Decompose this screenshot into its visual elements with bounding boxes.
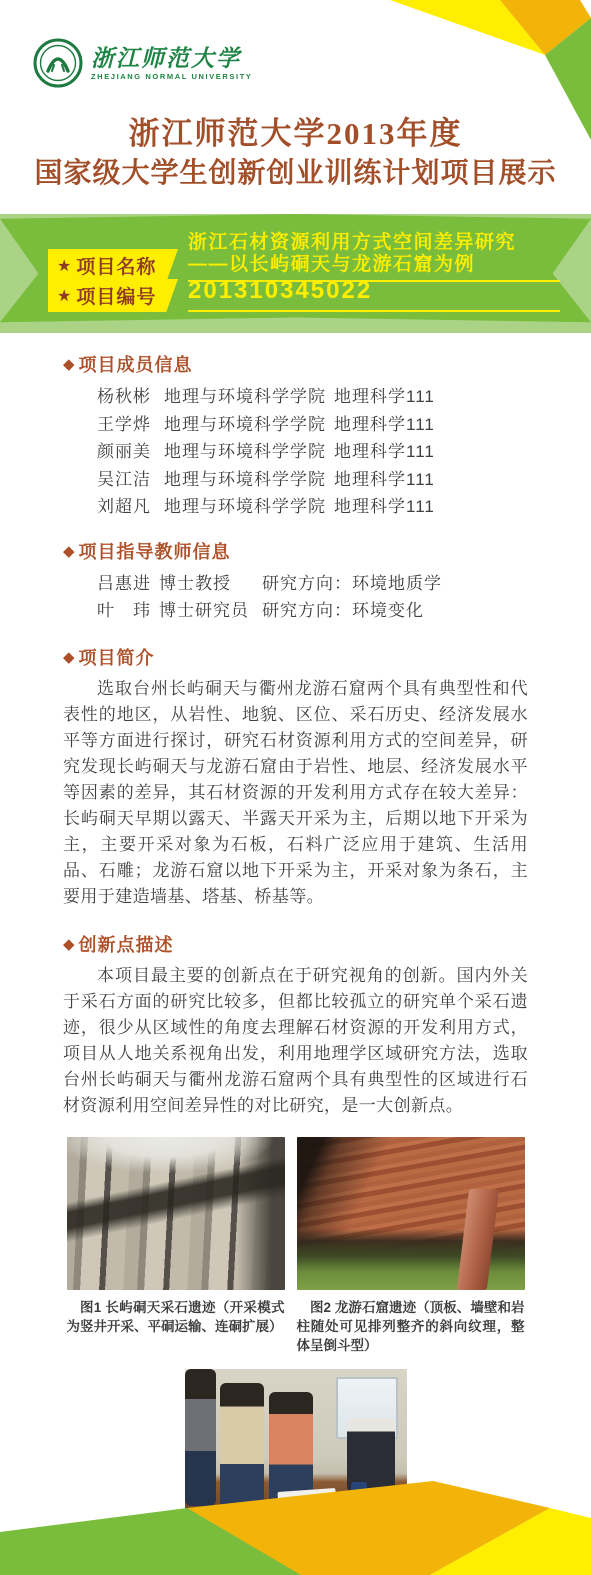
members-heading: ◆ 项目成员信息	[63, 354, 528, 376]
figure1-quarry-photo	[67, 1137, 285, 1290]
figure-2: 图2 龙游石窟遗迹（顶板、墙壁和岩柱随处可见排列整齐的斜向纹理，整体呈倒斗型）	[297, 1137, 525, 1355]
advisor-direction: 研究方向：环境地质学	[262, 570, 442, 598]
logo-name-zh: 浙江师范大学	[91, 46, 252, 70]
figures-row: 图1 长屿硐天采石遗迹（开采模式为竖井开采、平硐运输、连硐扩展） 图2 龙游石窟…	[63, 1137, 528, 1355]
figure3-caption: 图3 课题组成员向中科院杨志法老师请教龙游石窟相关问题	[96, 1522, 496, 1541]
figure2-grotto-photo	[297, 1137, 525, 1290]
project-code-label: ★ 项目编号	[48, 279, 178, 312]
member-row: 杨秋彬 地理与环境科学学院 地理科学111	[97, 383, 528, 411]
project-name-line-2: ——以长屿硐天与龙游石窟为例	[188, 254, 560, 276]
member-college: 地理与环境科学学院	[164, 411, 334, 439]
diamond-icon: ◆	[63, 541, 76, 563]
figure3-person	[313, 1389, 342, 1462]
intro-heading-text: 项目简介	[79, 647, 155, 669]
advisors-heading: ◆ 项目指导教师信息	[63, 541, 528, 563]
project-code-label-text: 项目编号	[76, 282, 156, 309]
diamond-icon: ◆	[63, 354, 76, 376]
advisor-title: 博士研究员	[159, 597, 262, 625]
member-class: 地理科学111	[334, 493, 435, 521]
advisor-name: 吕惠进	[97, 570, 159, 598]
figure-3: 图3 课题组成员向中科院杨志法老师请教龙游石窟相关问题	[63, 1369, 528, 1541]
diamond-icon: ◆	[63, 647, 76, 669]
intro-paragraph: 选取台州长屿硐天与衢州龙游石窟两个具有典型性和代表性的地区，从岩性、地貌、区位、…	[63, 676, 528, 910]
innovation-paragraph: 本项目最主要的创新点在于研究视角的创新。国内外关于采石方面的研究比较多，但都比较…	[63, 963, 528, 1119]
main-content: ◆ 项目成员信息 杨秋彬 地理与环境科学学院 地理科学111 王学烨 地理与环境…	[0, 340, 591, 1541]
member-class: 地理科学111	[334, 411, 435, 439]
members-heading-text: 项目成员信息	[79, 354, 193, 376]
advisor-row: 吕惠进 博士教授 研究方向：环境地质学	[97, 570, 528, 598]
members-list: 杨秋彬 地理与环境科学学院 地理科学111 王学烨 地理与环境科学学院 地理科学…	[97, 383, 528, 521]
project-banner: ★ 项目名称 浙江石材资源利用方式空间差异研究 ——以长屿硐天与龙游石窟为例 ★…	[0, 214, 591, 333]
member-row: 吴江洁 地理与环境科学学院 地理科学111	[97, 466, 528, 494]
member-name: 吴江洁	[97, 466, 164, 494]
member-row: 刘超凡 地理与环境科学学院 地理科学111	[97, 493, 528, 521]
advisor-row: 叶 玮 博士研究员 研究方向：环境变化	[97, 597, 528, 625]
intro-heading: ◆ 项目简介	[63, 647, 528, 669]
deco-yellow-triangle	[390, 0, 545, 55]
university-logo: 浙江师范大学 ZHEJIANG NORMAL UNIVERSITY	[33, 38, 252, 88]
advisor-title: 博士教授	[159, 570, 262, 598]
innovation-heading-text: 创新点描述	[79, 934, 174, 956]
member-row: 颜丽美 地理与环境科学学院 地理科学111	[97, 438, 528, 466]
figure3-meeting-photo	[185, 1369, 407, 1514]
member-college: 地理与环境科学学院	[164, 383, 334, 411]
university-emblem-icon	[33, 38, 83, 88]
figure3-thermos	[351, 1482, 367, 1511]
diamond-icon: ◆	[63, 934, 76, 956]
member-name: 王学烨	[97, 411, 164, 439]
figure3-person	[185, 1369, 216, 1507]
project-name-row: ★ 项目名称 浙江石材资源利用方式空间差异研究 ——以长屿硐天与龙游石窟为例	[48, 232, 560, 282]
title-line-1: 浙江师范大学2013年度	[0, 114, 591, 154]
figure3-person	[220, 1383, 264, 1514]
member-row: 王学烨 地理与环境科学学院 地理科学111	[97, 411, 528, 439]
figure3-papers	[277, 1488, 336, 1509]
project-name-value: 浙江石材资源利用方式空间差异研究 ——以长屿硐天与龙游石窟为例	[188, 232, 560, 282]
title-line-2: 国家级大学生创新创业训练计划项目展示	[0, 154, 591, 194]
poster-title: 浙江师范大学2013年度 国家级大学生创新创业训练计划项目展示	[0, 114, 591, 194]
member-class: 地理科学111	[334, 438, 435, 466]
project-name-line-1: 浙江石材资源利用方式空间差异研究	[188, 232, 560, 254]
member-name: 刘超凡	[97, 493, 164, 521]
project-code-row: ★ 项目编号 201310345022	[48, 278, 560, 312]
innovation-heading: ◆ 创新点描述	[63, 934, 528, 956]
figure2-caption: 图2 龙游石窟遗迹（顶板、墙壁和岩柱随处可见排列整齐的斜向纹理，整体呈倒斗型）	[297, 1298, 525, 1355]
star-icon: ★	[57, 256, 72, 276]
member-name: 杨秋彬	[97, 383, 164, 411]
logo-name-en: ZHEJIANG NORMAL UNIVERSITY	[91, 72, 252, 81]
member-class: 地理科学111	[334, 466, 435, 494]
poster-page: 浙江师范大学 ZHEJIANG NORMAL UNIVERSITY 浙江师范大学…	[0, 0, 591, 1575]
advisor-name: 叶 玮	[97, 597, 159, 625]
member-college: 地理与环境科学学院	[164, 466, 334, 494]
advisor-direction: 研究方向：环境变化	[262, 597, 424, 625]
logo-text: 浙江师范大学 ZHEJIANG NORMAL UNIVERSITY	[91, 46, 252, 81]
figure1-caption: 图1 长屿硐天采石遗迹（开采模式为竖井开采、平硐运输、连硐扩展）	[67, 1298, 285, 1336]
figure2-rock-pillar	[457, 1189, 499, 1290]
member-name: 颜丽美	[97, 438, 164, 466]
member-class: 地理科学111	[334, 383, 435, 411]
figure-1: 图1 长屿硐天采石遗迹（开采模式为竖井开采、平硐运输、连硐扩展）	[67, 1137, 285, 1355]
deco-orange-triangle	[500, 0, 591, 55]
project-name-label-text: 项目名称	[76, 252, 156, 279]
project-code-value: 201310345022	[188, 278, 560, 312]
advisors-list: 吕惠进 博士教授 研究方向：环境地质学 叶 玮 博士研究员 研究方向：环境变化	[97, 570, 528, 625]
member-college: 地理与环境科学学院	[164, 438, 334, 466]
star-icon: ★	[57, 286, 72, 306]
member-college: 地理与环境科学学院	[164, 493, 334, 521]
advisors-heading-text: 项目指导教师信息	[79, 541, 231, 563]
